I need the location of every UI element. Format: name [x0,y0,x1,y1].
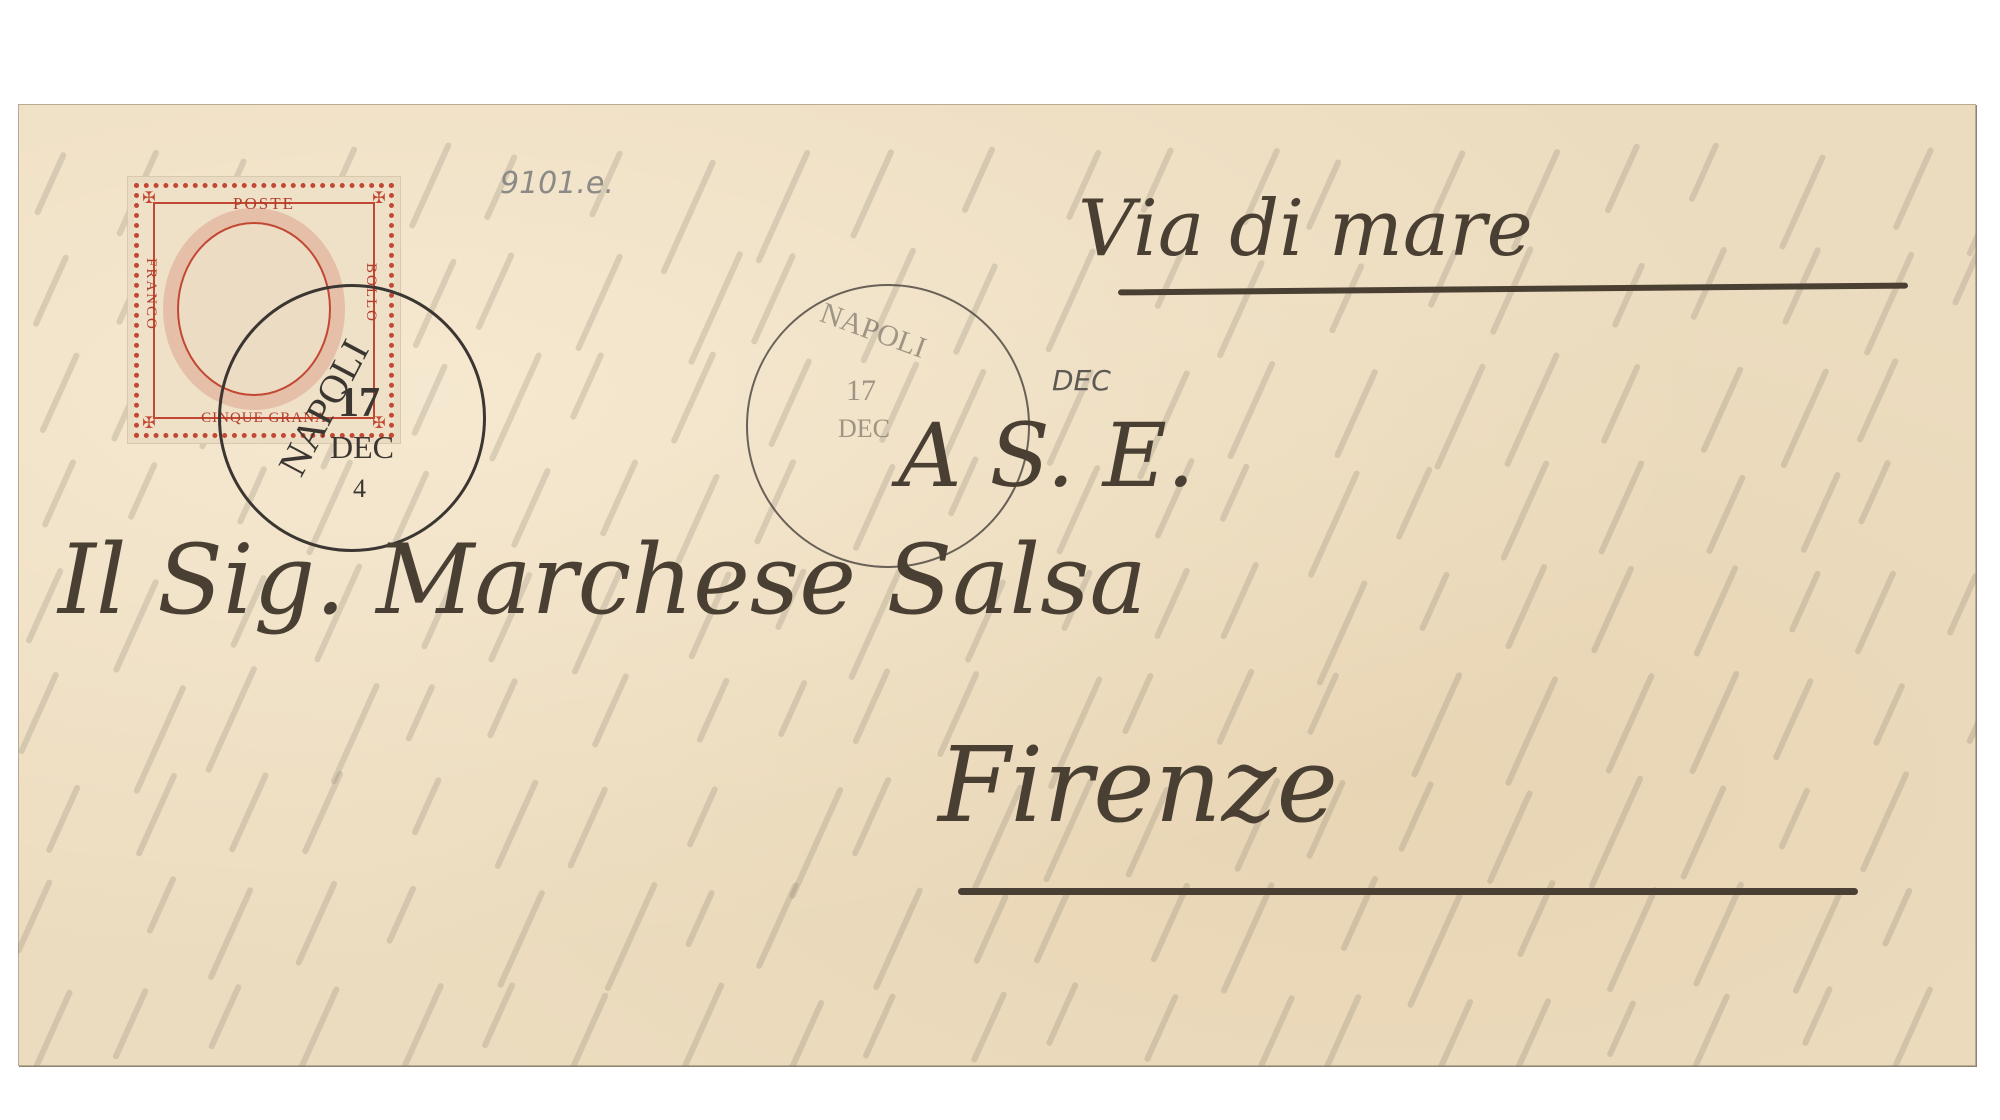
route-instruction: Via di mare [1078,184,1533,274]
transit-postmark-month: DEC [838,414,890,444]
pencil-note: 9101.e. [500,166,614,201]
letter-cover: POSTE CINQUE GRANA FRANCO BOLLO ✠ ✠ ✠ ✠ … [18,104,1976,1066]
stamp-left-label: FRANCO [142,258,159,378]
transit-postmark-day: 17 [846,374,876,408]
cross-icon: ✠ [371,190,387,206]
destination-city: Firenze [938,724,1338,846]
pencil-dec-note: DEC [1052,364,1111,397]
city-underline [958,888,1858,895]
cross-icon: ✠ [141,415,157,431]
postmark-hour: 4 [353,474,366,504]
salutation: A S. E. [898,404,1195,507]
cross-icon: ✠ [141,190,157,206]
addressee: Il Sig. Marchese Salsa [58,524,1147,636]
postmark-day: 17 [338,379,380,427]
stamp-top-label: POSTE [175,194,353,214]
postmark-month: DEC [330,429,394,466]
